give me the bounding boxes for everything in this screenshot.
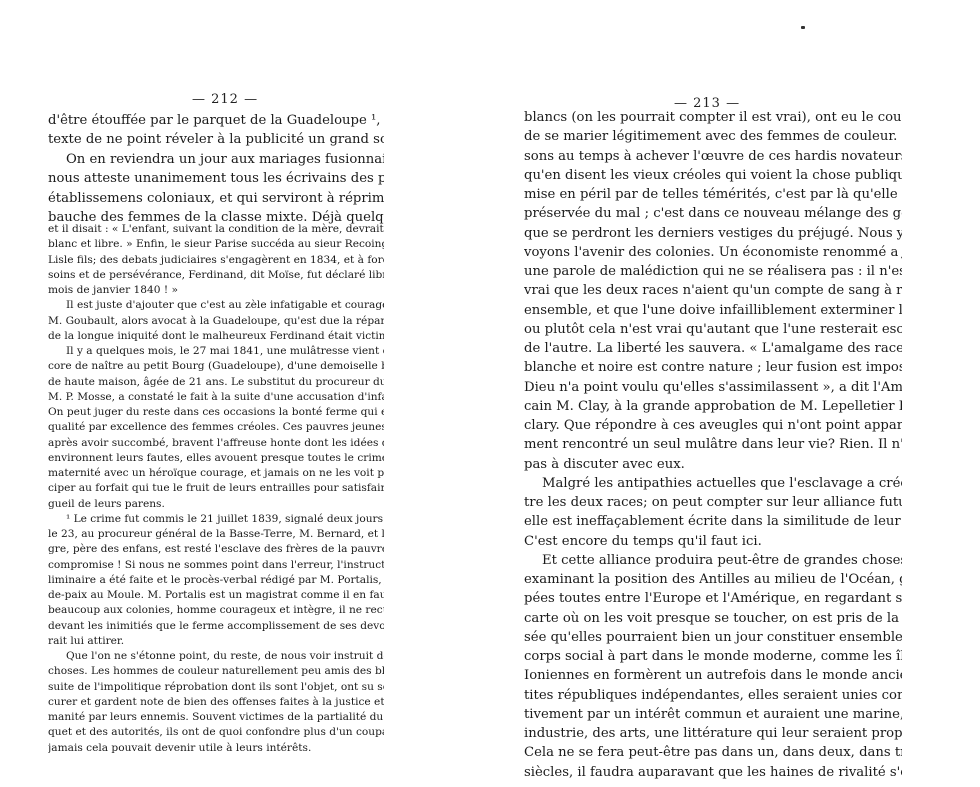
footnote-line: Il y a quelques mois, le 27 mai 1841, un…: [48, 344, 384, 359]
text-line: mise en péril par de telles témérités, c…: [524, 185, 902, 204]
footnote-line: blanc et libre. » Enfin, le sieur Parise…: [48, 237, 384, 252]
footnote-line: environnent leurs fautes, elles avouent …: [48, 451, 384, 466]
footnote-line: maternité avec un héroïque courage, et j…: [48, 466, 384, 481]
footnote-line: quet et des autorités, ils ont de quoi c…: [48, 725, 384, 740]
footnote-line: manité par leurs ennemis. Souvent victim…: [48, 710, 384, 725]
text-line: que se perdront les derniers vestiges du…: [524, 224, 902, 243]
text-line: industrie, des arts, une littérature qui…: [524, 724, 902, 743]
text-line: blanche et noire est contre nature ; leu…: [524, 358, 902, 377]
footnote-line: après avoir succombé, bravent l'affreuse…: [48, 436, 384, 451]
footnote-line: liminaire a été faite et le procès-verba…: [48, 573, 384, 588]
text-line: ou plutôt cela n'est vrai qu'autant que …: [524, 320, 902, 339]
text-line: Dieu n'a point voulu qu'elles s'assimila…: [524, 378, 902, 397]
text-line: corps social à part dans le monde modern…: [524, 647, 902, 666]
text-line: sée qu'elles pourraient bien un jour con…: [524, 628, 902, 647]
footnote-line: suite de l'impolitique réprobation dont …: [48, 680, 384, 695]
text-line: texte de ne point réveler à la publicité…: [48, 130, 384, 149]
ink-speck: [801, 26, 805, 29]
text-line: tites républiques indépendantes, elles s…: [524, 686, 902, 705]
footnote-line: devant les inimitiés que le ferme accomp…: [48, 619, 384, 634]
text-line: sons au temps à achever l'œuvre de ces h…: [524, 147, 902, 166]
footnote-line: ciper au forfait qui tue le fruit de leu…: [48, 481, 384, 496]
footnote-line: le 23, au procureur général de la Basse-…: [48, 527, 384, 542]
text-line: pées toutes entre l'Europe et l'Amérique…: [524, 589, 902, 608]
text-line: Cela ne se fera peut-être pas dans un, d…: [524, 743, 902, 762]
text-line: d'être étouffée par le parquet de la Gua…: [48, 111, 384, 130]
text-line: Malgré les antipathies actuelles que l'e…: [524, 474, 902, 493]
footnote-line: beaucoup aux colonies, homme courageux e…: [48, 603, 384, 618]
text-line: carte où on les voit presque se toucher,…: [524, 609, 902, 628]
footnote-line: rait lui attirer.: [48, 634, 384, 649]
text-line: ment rencontré un seul mulâtre dans leur…: [524, 435, 902, 454]
footnote-line: Lisle fils; des debats judiciaires s'eng…: [48, 253, 384, 268]
text-line: pas à discuter avec eux.: [524, 455, 902, 474]
text-line: Et cette alliance produira peut-être de …: [524, 551, 902, 570]
text-line: qu'en disent les vieux créoles qui voien…: [524, 166, 902, 185]
footnote-line: jamais cela pouvait devenir utile à leur…: [48, 741, 384, 756]
footnote-line: Que l'on ne s'étonne point, du reste, de…: [48, 649, 384, 664]
footnote-line: mois de janvier 1840 ! »: [48, 283, 384, 298]
text-line: On en reviendra un jour aux mariages fus…: [48, 150, 384, 169]
text-line: vrai que les deux races n'aient qu'un co…: [524, 281, 902, 300]
text-line: une parole de malédiction qui ne se réal…: [524, 262, 902, 281]
page-number: — 212 —: [192, 92, 258, 107]
footnote-line: gre, père des enfans, est resté l'esclav…: [48, 542, 384, 557]
footnote-line: qualité par excellence des femmes créole…: [48, 420, 384, 435]
text-line: tivement par un intérêt commun et auraie…: [524, 705, 902, 724]
footnote-line: ¹ Le crime fut commis le 21 juillet 1839…: [48, 512, 384, 527]
text-line: examinant la position des Antilles au mi…: [524, 570, 902, 589]
footnote-line: core de naître au petit Bourg (Guadeloup…: [48, 359, 384, 374]
footnote-line: et il disait : « L'enfant, suivant la co…: [48, 222, 384, 237]
footnote-line: de-paix au Moule. M. Portalis est un mag…: [48, 588, 384, 603]
text-line: siècles, il faudra auparavant que les ha…: [524, 763, 902, 782]
text-line: blancs (on les pourrait compter il est v…: [524, 108, 902, 127]
text-line: préservée du mal ; c'est dans ce nouveau…: [524, 204, 902, 223]
text-line: Ioniennes en formèrent un autrefois dans…: [524, 666, 902, 685]
footnote-line: On peut juger du reste dans ces occasion…: [48, 405, 384, 420]
footnote-line: compromise ! Si nous ne sommes point dan…: [48, 558, 384, 573]
text-line: de l'autre. La liberté les sauvera. « L'…: [524, 339, 902, 358]
footnote-line: curer et gardent note de bien des offens…: [48, 695, 384, 710]
footnote-line: de haute maison, âgée de 21 ans. Le subs…: [48, 375, 384, 390]
text-line: C'est encore du temps qu'il faut ici.: [524, 532, 902, 551]
footnote-line: soins et de persévérance, Ferdinand, dit…: [48, 268, 384, 283]
footnote-line: M. Goubault, alors avocat à la Guadeloup…: [48, 314, 384, 329]
text-line: de se marier légitimement avec des femme…: [524, 127, 902, 146]
text-line: tre les deux races; on peut compter sur …: [524, 493, 902, 512]
footnote-line: choses. Les hommes de couleur naturellem…: [48, 664, 384, 679]
text-line: elle est ineffaçablement écrite dans la …: [524, 512, 902, 531]
text-line: nous atteste unanimement tous les écriva…: [48, 169, 384, 188]
text-line: cain M. Clay, à la grande approbation de…: [524, 397, 902, 416]
footnote-line: de la longue iniquité dont le malheureux…: [48, 329, 384, 344]
text-line: établissemens coloniaux, et qui serviron…: [48, 189, 384, 208]
footnote-line: Il est juste d'ajouter que c'est au zèle…: [48, 298, 384, 313]
text-line: voyons l'avenir des colonies. Un économi…: [524, 243, 902, 262]
footnote-line: M. P. Mosse, a constaté le fait à la sui…: [48, 390, 384, 405]
text-line: clary. Que répondre à ces aveugles qui n…: [524, 416, 902, 435]
text-line: ensemble, et que l'une doive infaillible…: [524, 301, 902, 320]
footnote-line: gueil de leurs parens.: [48, 497, 384, 512]
